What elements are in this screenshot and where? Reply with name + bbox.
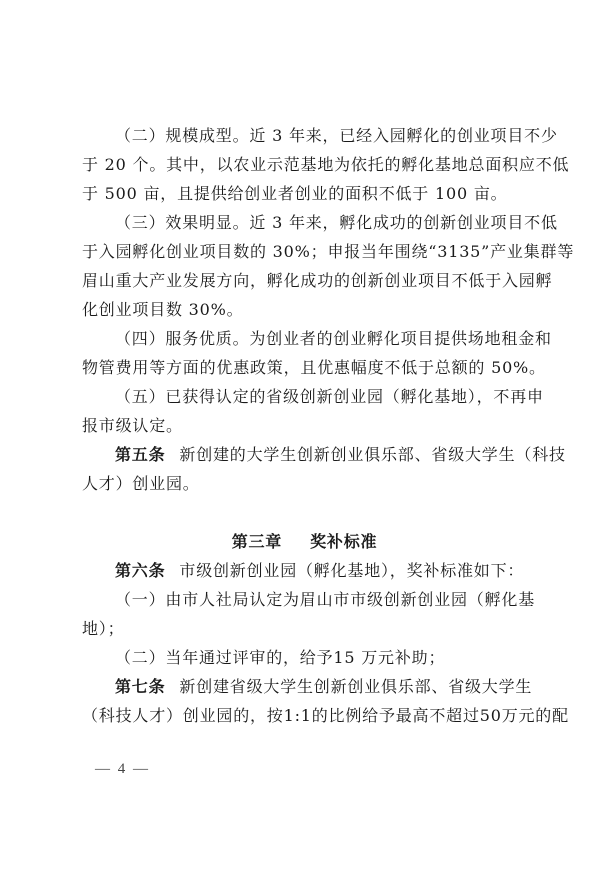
paragraph-line: 地）；	[82, 614, 527, 643]
paragraph-line: 人才）创业园。	[82, 469, 527, 498]
paragraph-line: （二）规模成型。近 3 年来，已经入园孵化的创业项目不少	[82, 121, 527, 150]
paragraph-line: （五）已获得认定的省级创新创业园（孵化基地），不再申	[82, 382, 527, 411]
paragraph-line: 报市级认定。	[82, 411, 527, 440]
paragraph-line: （三）效果明显。近 3 年来，孵化成功的创新创业项目不低	[82, 208, 527, 237]
article-text: 新创建省级大学生创新创业俱乐部、省级大学生	[179, 677, 532, 696]
paragraph-line: 于入园孵化创业项目数的 30%；申报当年围绕“3135”产业集群等	[82, 237, 527, 266]
article-label: 第六条	[115, 561, 165, 580]
paragraph-line: 于 20 个。其中，以农业示范基地为依托的孵化基地总面积应不低	[82, 150, 527, 179]
article-6: 第六条市级创新创业园（孵化基地），奖补标准如下：	[82, 556, 527, 585]
paragraph-line: （科技人才）创业园的，按1:1的比例给予最高不超过50万元的配	[82, 701, 527, 730]
paragraph-line: （二）当年通过评审的，给予15 万元补助；	[82, 643, 527, 672]
paragraph-line: （一）由市人社局认定为眉山市市级创新创业园（孵化基	[82, 585, 527, 614]
paragraph-line: 于 500 亩，且提供给创业者创业的面积不低于 100 亩。	[82, 179, 527, 208]
article-label: 第七条	[115, 677, 165, 696]
document-page: （二）规模成型。近 3 年来，已经入园孵化的创业项目不少 于 20 个。其中，以…	[82, 121, 527, 730]
chapter-number: 第三章	[232, 532, 282, 551]
page-number: — 4 —	[95, 761, 150, 778]
article-7: 第七条新创建省级大学生创新创业俱乐部、省级大学生	[82, 672, 527, 701]
chapter-title: 奖补标准	[310, 532, 377, 551]
chapter-heading: 第三章奖补标准	[82, 527, 527, 556]
article-text: 新创建的大学生创新创业俱乐部、省级大学生（科技	[179, 445, 565, 464]
article-5: 第五条新创建的大学生创新创业俱乐部、省级大学生（科技	[82, 440, 527, 469]
paragraph-line: （四）服务优质。为创业者的创业孵化项目提供场地租金和	[82, 324, 527, 353]
paragraph-line: 眉山重大产业发展方向，孵化成功的创新创业项目不低于入园孵	[82, 266, 527, 295]
paragraph-line: 化创业项目数 30%。	[82, 295, 527, 324]
paragraph-line: 物管费用等方面的优惠政策，且优惠幅度不低于总额的 50%。	[82, 353, 527, 382]
article-label: 第五条	[115, 445, 165, 464]
article-text: 市级创新创业园（孵化基地），奖补标准如下：	[179, 561, 524, 580]
